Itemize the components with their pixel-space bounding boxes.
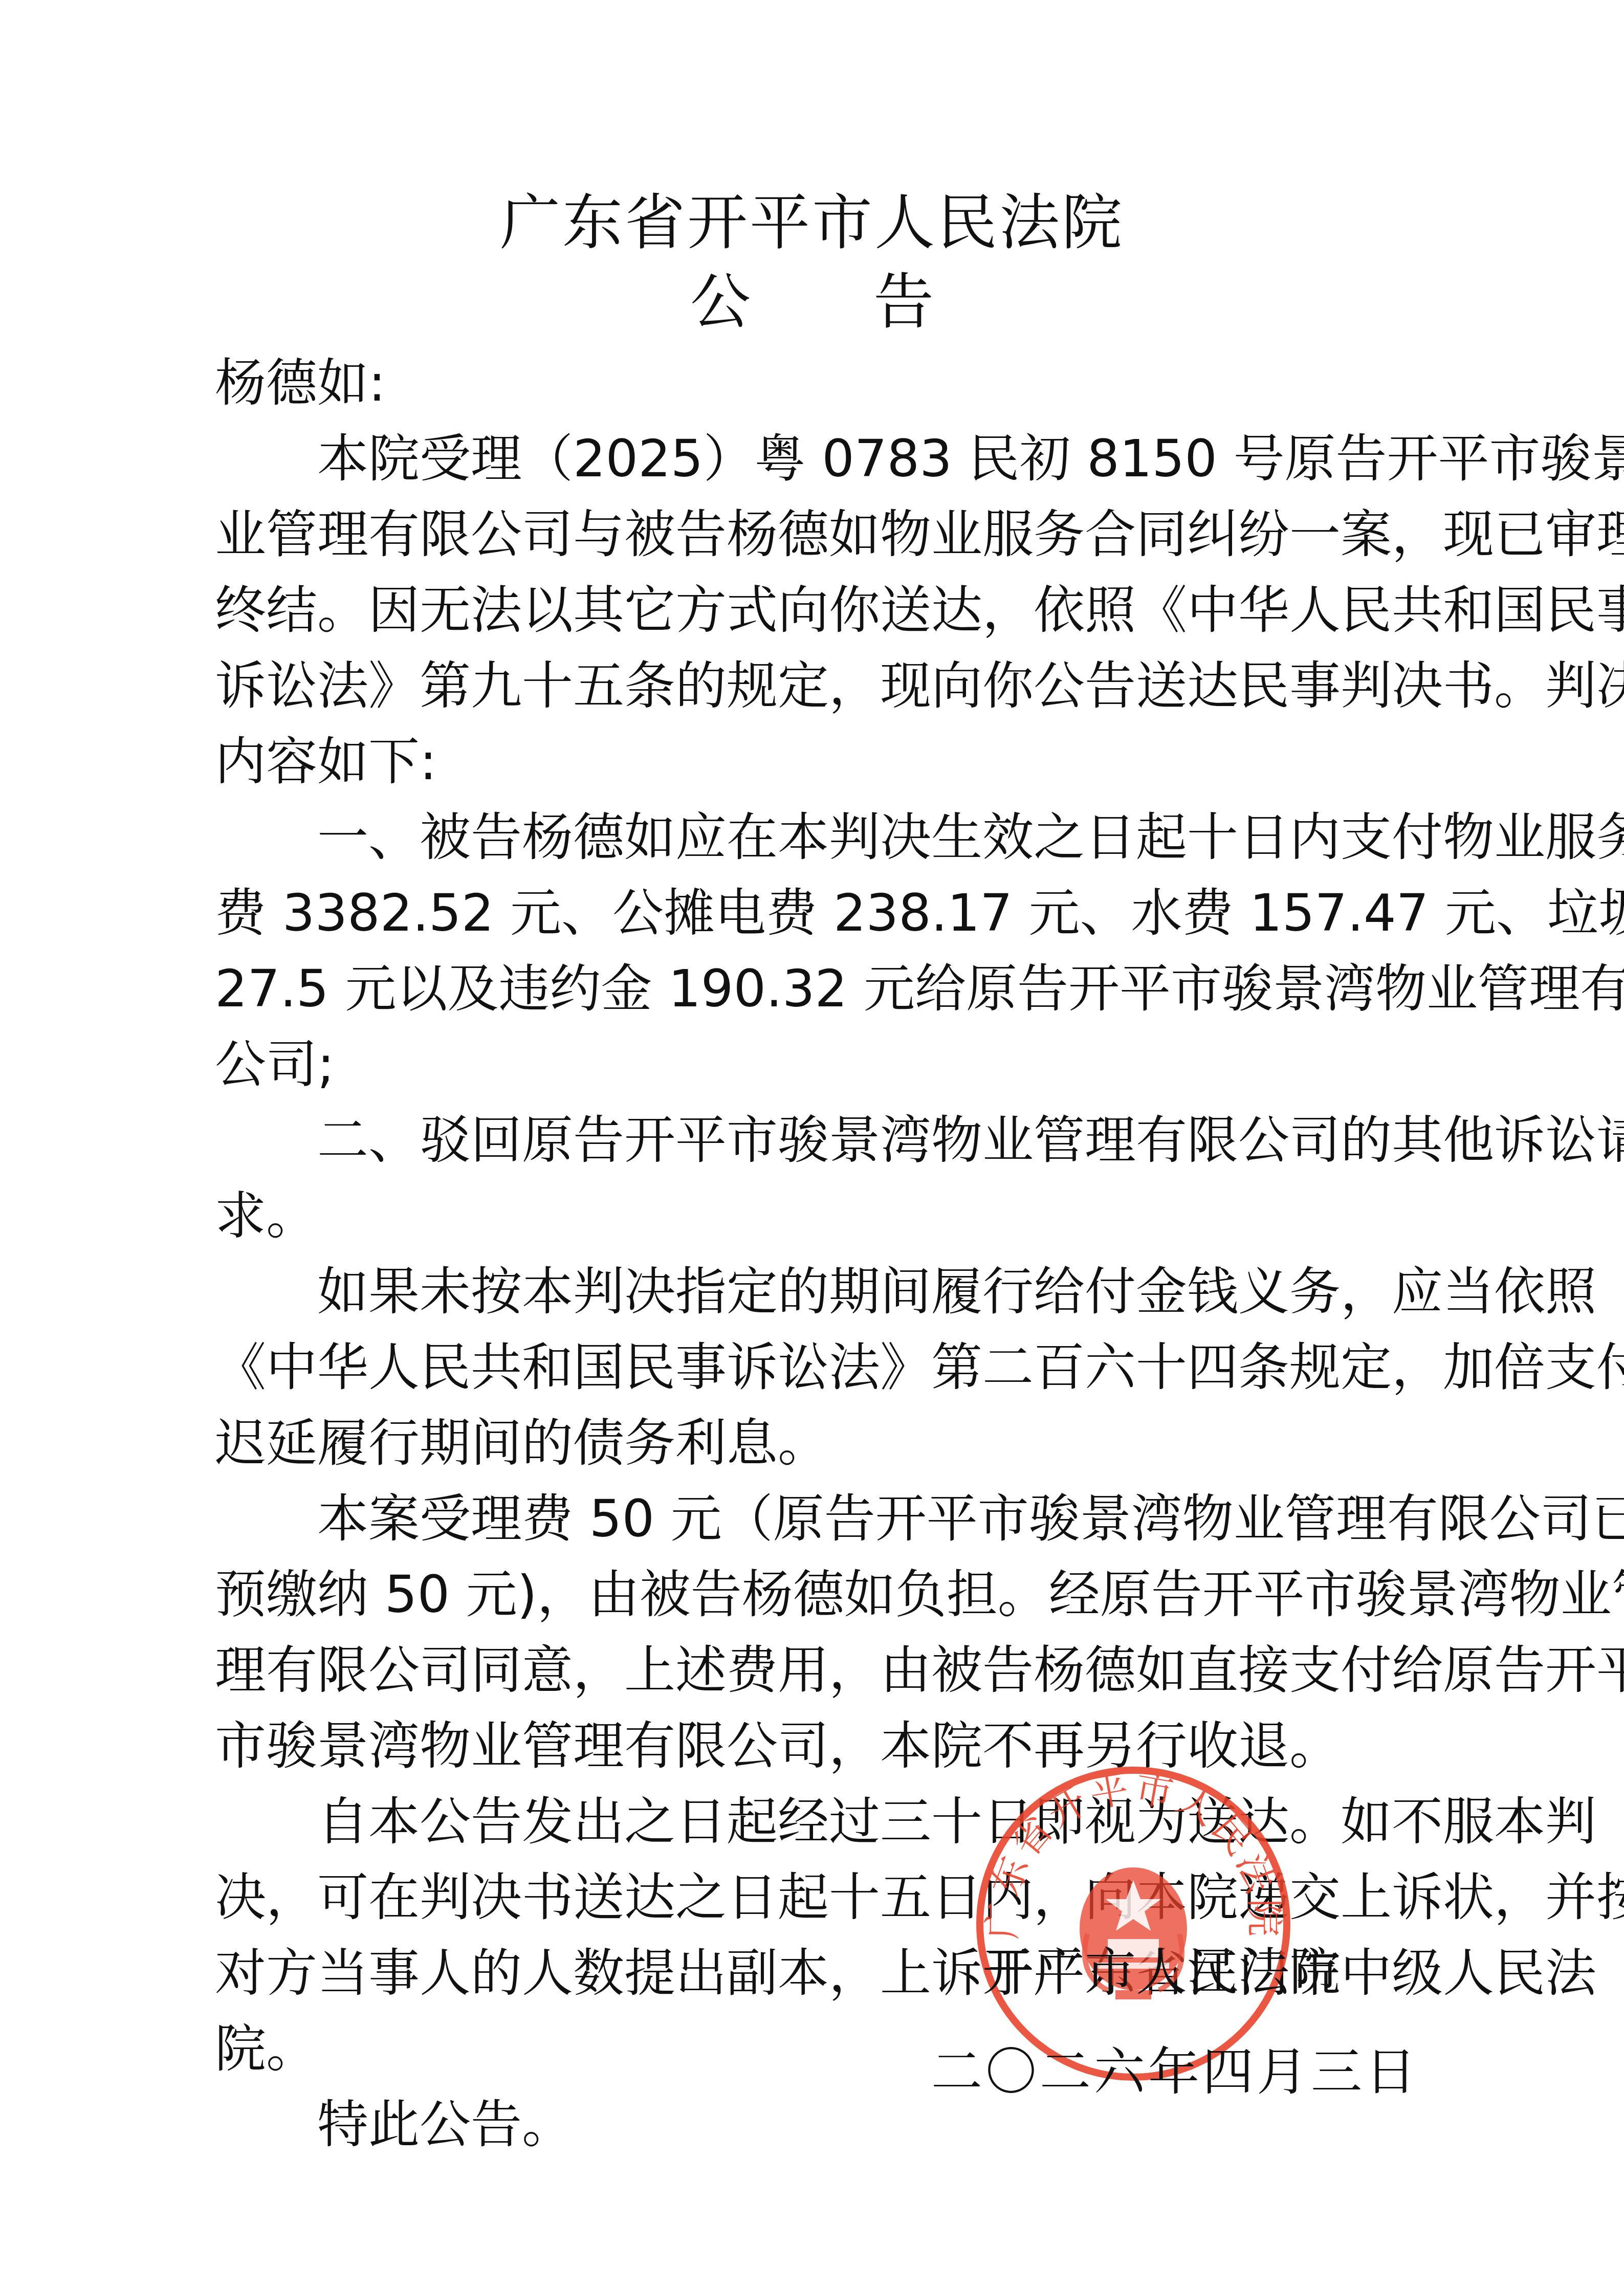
text-line: 二、驳回原告开平市骏景湾物业管理有限公司的其他诉讼请 [215,1103,1428,1178]
text-line: 本案受理费 50 元（原告开平市骏景湾物业管理有限公司已 [215,1481,1428,1557]
issue-date: 二〇二六年四月三日 [931,2041,1351,2103]
text-line: 《中华人民共和国民事诉讼法》第二百六十四条规定，加倍支付 [215,1330,1428,1405]
paragraph-case-intro: 本院受理（2025）粤 0783 民初 8150 号原告开平市骏景湾物 业管理有… [215,421,1428,800]
text-line: 公司; [215,1027,1428,1103]
text-line: 本院受理（2025）粤 0783 民初 8150 号原告开平市骏景湾物 [215,421,1428,497]
text-line: 终结。因无法以其它方式向你送达，依照《中华人民共和国民事 [215,572,1428,648]
text-line: 诉讼法》第九十五条的规定，现向你公告送达民事判决书。判决 [215,648,1428,724]
text-line: 理有限公司同意，上述费用，由被告杨德如直接支付给原告开平 [215,1633,1428,1708]
paragraph-judgment-item-1: 一、被告杨德如应在本判决生效之日起十日内支付物业服务 费 3382.52 元、公… [215,800,1428,1103]
text-line: 27.5 元以及违约金 190.32 元给原告开平市骏景湾物业管理有限 [215,951,1428,1027]
court-name-heading: 广东省开平市人民法院 [0,184,1624,261]
issuing-court-signature: 开平市人民法院 [982,1942,1341,2003]
text-line: 预缴纳 50 元)，由被告杨德如负担。经原告开平市骏景湾物业管 [215,1557,1428,1633]
text-line: 内容如下: [215,724,1428,800]
paragraph-judgment-item-2: 二、驳回原告开平市骏景湾物业管理有限公司的其他诉讼请 求。 [215,1103,1428,1254]
text-line: 一、被告杨德如应在本判决生效之日起十日内支付物业服务 [215,800,1428,875]
doc-type-char-2: 告 [873,263,934,340]
text-line: 费 3382.52 元、公摊电费 238.17 元、水费 157.47 元、垃圾… [215,875,1428,951]
addressee: 杨德如: [215,345,1428,421]
text-line: 如果未按本判决指定的期间履行给付金钱义务，应当依照 [215,1254,1428,1330]
text-line: 业管理有限公司与被告杨德如物业服务合同纠纷一案，现已审理 [215,497,1428,572]
document-type-heading: 公告 [0,263,1624,340]
paragraph-case-fee: 本案受理费 50 元（原告开平市骏景湾物业管理有限公司已 预缴纳 50 元)，由… [215,1481,1428,1784]
text-line: 求。 [215,1178,1428,1254]
court-announcement-page: 广东省开平市人民法院 公告 杨德如: 本院受理（2025）粤 0783 民初 8… [0,0,1624,2290]
text-line: 迟延履行期间的债务利息。 [215,1405,1428,1481]
doc-type-char-1: 公 [690,263,751,340]
court-seal-icon: 广东省开平市人民法院 [970,1760,1297,2087]
paragraph-late-payment: 如果未按本判决指定的期间履行给付金钱义务，应当依照 《中华人民共和国民事诉讼法》… [215,1254,1428,1481]
